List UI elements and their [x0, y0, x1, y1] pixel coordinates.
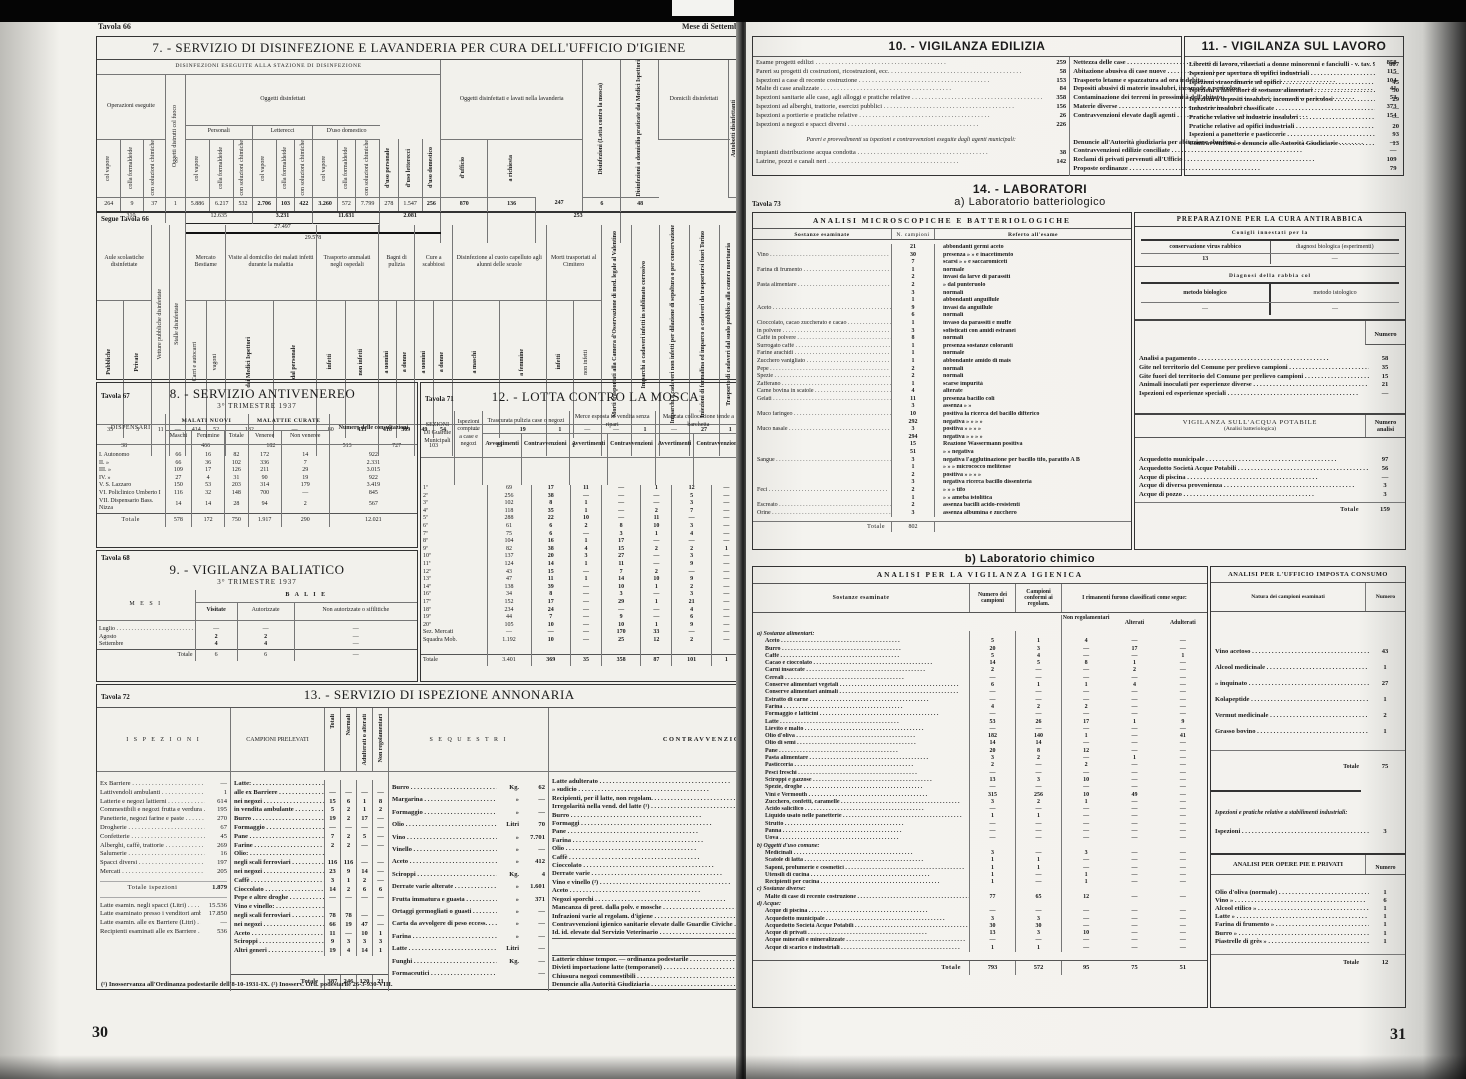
- t13-ispezioni-value: 67: [205, 824, 227, 833]
- t14-micro-row: 21abbondanti germi aceto: [753, 244, 1131, 252]
- t13-sequestri-row: LatteLitri—: [392, 943, 545, 955]
- t13-sequestri-value: —: [519, 968, 545, 980]
- t14-chim-row: Pasta alimentare32—1—: [753, 755, 1207, 762]
- t8-total: 750: [225, 513, 249, 527]
- t14-chim-value: 1: [1110, 660, 1158, 667]
- t14-chim-value: 3: [969, 916, 1015, 923]
- t8-grid: DISPENSARI MALATI NUOVI MALATTIE CURATE …: [97, 414, 417, 527]
- t13-campioni-label: Burro: [231, 815, 324, 824]
- t12-cell: 8: [531, 591, 570, 599]
- t8-cell: 14: [281, 452, 329, 460]
- t66b-sub: a donne: [439, 352, 447, 372]
- t14-chim-value: —: [1110, 879, 1158, 886]
- t14-micro-substance: [753, 449, 891, 457]
- t14-micro-count: 294: [891, 434, 935, 442]
- t7-disinf-mosca: Disinfezioni (Lotta contro la mosca): [598, 83, 606, 175]
- t8-head: Numero delle consultazioni: [329, 414, 417, 444]
- t11-label: Ispezioni a panetterie e pasticcerie: [1189, 131, 1375, 140]
- t8-cell: V. S. Lazzaro: [97, 482, 165, 490]
- t14-micro-result: Reazione Wassermann positiva: [935, 441, 1131, 449]
- t12-cell: —: [570, 629, 601, 637]
- t14-d2: metodo istologico: [1269, 284, 1399, 302]
- t14-chim-substance: Acque minerali e mineralizzate: [753, 937, 969, 944]
- t13-campioni-label: negli scali ferroviari: [231, 912, 324, 921]
- t8-cell: 2.331: [329, 460, 417, 468]
- t13-latte-row: Latte esamin. alle ex Barriere (Litri)—: [100, 919, 227, 928]
- t14-chim-substance: Olio di semi: [753, 740, 969, 747]
- t13-ispezioni-label: Salumerie: [100, 850, 205, 859]
- t12-cell: 3: [672, 500, 711, 508]
- t13-sequestri-value: —: [519, 807, 545, 819]
- t13-campioni-value: 1: [356, 806, 372, 815]
- t14-chim-substance: Cereali: [753, 675, 969, 682]
- t14-title: 14. - LABORATORI: [880, 182, 1180, 196]
- t14-micro-substance: Cioccolato, cacao zuccherato e cacao: [753, 320, 891, 328]
- t14-varie-label: Animali inoculati per esperienze diverse: [1139, 381, 1369, 390]
- t8-cell: 922: [329, 475, 417, 483]
- t14-chim-value: —: [1110, 733, 1158, 740]
- t14-chim-total-label: Totale: [753, 961, 969, 975]
- t9-total: 6: [237, 649, 294, 661]
- t12-cell: 10: [601, 584, 640, 592]
- t14-chim-value: —: [1110, 872, 1158, 879]
- t9-cell: 2: [237, 634, 294, 642]
- table-row: VI. Policlinico Umberto I11632148700—845: [97, 490, 417, 498]
- t12-cell: 2: [672, 584, 711, 592]
- t12-cell: 8: [601, 523, 640, 531]
- t8-cell: 29: [281, 467, 329, 475]
- t14-micro-col: Sostanze esaminate: [753, 229, 891, 239]
- t9-cell: 4: [237, 641, 294, 649]
- t13-campioni-row: Olio:: [231, 850, 388, 859]
- t10-left-row: Malte di case analizzate84: [756, 85, 1066, 94]
- t13-latte-value: 17.850: [201, 910, 227, 919]
- t14-operepie-value: 1: [1369, 913, 1401, 921]
- t12-cell: 1: [570, 500, 601, 508]
- t8-cell: 31: [225, 475, 249, 483]
- t12-cell: 8ª: [421, 538, 487, 546]
- t7-group-header: DISINFEZIONI ESEGUITE ALLA STAZIONE DI D…: [97, 60, 441, 74]
- t14-chim-value: 256: [1015, 792, 1061, 799]
- t14-chim-value: —: [1159, 646, 1207, 653]
- t14-chim-value: 14: [969, 660, 1015, 667]
- t12-cell: 1: [641, 485, 672, 493]
- t14-chim-substance: Strutto: [753, 821, 969, 828]
- t14-chim-substance: Malte di case di recente costruzione: [753, 894, 969, 901]
- t14-chim-value: —: [1110, 850, 1158, 857]
- t14-chim-value: 10: [1062, 792, 1110, 799]
- t14-micro-count: 292: [891, 419, 935, 427]
- t14-chim-substance: Conserve alimentari vegetali: [753, 682, 969, 689]
- t14-chim-substance: Liquido usato nelle panetterie: [753, 813, 969, 820]
- t14-chim-substance: Acido salicilico: [753, 806, 969, 813]
- t13-campioni-row: Altri generi194141: [231, 947, 388, 956]
- t66b-head: Mercato Bestiame: [186, 225, 226, 300]
- t14-chim-sub: Non regolamentari: [1062, 615, 1110, 631]
- t12-cell: —: [641, 607, 672, 615]
- t10-left-value: 58: [1042, 68, 1066, 77]
- t8-col: Femmine: [192, 430, 225, 444]
- t12-cell: 69: [487, 485, 531, 493]
- t14-chim-substance: Conserve alimentari animali: [753, 689, 969, 696]
- t12-cell: 2: [641, 569, 672, 577]
- t8-cell: 14: [192, 498, 225, 514]
- t11-row: Pratiche relative ad opifici industriali…: [1189, 123, 1399, 132]
- t8-total: 12.021: [329, 513, 417, 527]
- t14-chim-substance: c) Sostanze diverse:: [753, 886, 969, 893]
- t14-operepie-row: Olio d'oliva (normale)1: [1215, 889, 1401, 897]
- t13-campioni-value: [356, 850, 372, 859]
- t14-micro-row: Spezie2normali: [753, 373, 1131, 381]
- t8-tav: Tavola 67: [101, 392, 130, 400]
- t8-cell: III. »: [97, 467, 165, 475]
- t13-sequestri-label: Burro: [392, 782, 497, 794]
- t8-total: 1.917: [248, 513, 281, 527]
- t8-cell: 203: [225, 482, 249, 490]
- t14-micro-row: Farina di frumento1normale: [753, 267, 1131, 275]
- t14-varie-value: 15: [1369, 373, 1401, 382]
- t14-chim-value: —: [1159, 770, 1207, 777]
- t14-chim-value: —: [1159, 821, 1207, 828]
- t8-cell: 845: [329, 490, 417, 498]
- t8-cell: 109: [165, 467, 192, 475]
- t14-micro-count: 2: [891, 472, 935, 480]
- t14-consumo-isp-row: Ispezioni 3: [1211, 822, 1405, 843]
- t9-total: 6: [195, 649, 237, 661]
- table-row: 17ª15217—29121—: [421, 599, 741, 607]
- t14-chim-substance: Saponi, profumerie e cosmetici: [753, 865, 969, 872]
- t14-consumo-label: Vermut medicinale: [1215, 708, 1369, 724]
- t14-micro-count: 1: [891, 464, 935, 472]
- t11-title: 11. - VIGILANZA SUL LAVORO: [1185, 39, 1403, 53]
- t14-micro-row: Pepe2normali: [753, 366, 1131, 374]
- t8-head: DISPENSARI: [97, 414, 165, 444]
- t13-sequestri-unit: »: [497, 832, 519, 844]
- t9-cell: Settembre: [97, 641, 195, 649]
- t13-ispezioni-row: Mercati205: [100, 868, 227, 877]
- t7-col: con soluzioni chimiche: [300, 140, 308, 196]
- t14-chim-value: 8: [1015, 748, 1061, 755]
- t14-chim-value: 6: [969, 682, 1015, 689]
- t14-micro-result: alterate: [935, 388, 1131, 396]
- t14-operepie-value: 1: [1369, 905, 1401, 913]
- t7-oggetti-distrutti: Oggetti distrutti col fuoco: [172, 105, 180, 167]
- t13-campioni-label: Olio:: [231, 850, 324, 859]
- t13-sequestri-column: S E Q U E S T R I BurroKg.62Margarina»—F…: [389, 708, 549, 991]
- t14-chim-value: 17: [1110, 646, 1158, 653]
- t14-chim-value: 1: [1015, 865, 1061, 872]
- t12-cell: 138: [487, 584, 531, 592]
- t7-col: con soluzioni chimiche: [239, 140, 247, 196]
- t14-micro-result: normali: [935, 366, 1131, 374]
- t14-consumo-label: Kolapeptide: [1215, 692, 1369, 708]
- t14-chim-substance: Caffè: [753, 653, 969, 660]
- t14-chim-value: —: [1015, 689, 1061, 696]
- t12-cell: 5ª: [421, 515, 487, 523]
- t14-micro-count: 10: [891, 411, 935, 419]
- t12-cell: 2: [672, 637, 711, 645]
- t14-micro-result: assenza bacilli acido-resistenti: [935, 502, 1131, 510]
- t14-chim-value: —: [1062, 726, 1110, 733]
- t14-chim-value: —: [1159, 792, 1207, 799]
- t14-chim-value: —: [1159, 937, 1207, 944]
- t10-left-label: Ispezioni a case di recente costruzione: [756, 77, 1042, 86]
- t12-cell: —: [570, 607, 601, 615]
- t14-chim-value: —: [1015, 697, 1061, 704]
- t8-cell: 28: [225, 498, 249, 514]
- t14-chim-value: —: [1062, 821, 1110, 828]
- t14-chim-title: ANALISI PER LA VIGILANZA IGIENICA: [753, 570, 1207, 579]
- t13-campioni-value: [324, 780, 340, 789]
- t14-chim-value: —: [969, 770, 1015, 777]
- t12-tav: Tavola 71: [425, 395, 454, 403]
- t13-ispezioni-label: Latterie e negozi lattierni: [100, 798, 205, 807]
- t12-cell: —: [570, 531, 601, 539]
- t14-micro-substance: Vino: [753, 252, 891, 260]
- t14-micro-col: Referto all'esame: [935, 229, 1131, 239]
- t13-campioni-value: —: [356, 894, 372, 903]
- t12-cell: 234: [487, 607, 531, 615]
- t12-col: Contravvenzioni: [608, 433, 656, 457]
- t13-campioni-label: Formaggio: [231, 824, 324, 833]
- t13-ispezioni-list: Ex Barriere—Lattivendoli ambulanti1Latte…: [97, 772, 230, 937]
- t14-acqua-value: 3: [1369, 482, 1401, 491]
- t14-micro-substance: [753, 403, 891, 411]
- t10-left-value: 358: [1042, 94, 1066, 103]
- table-row: 12ª4315—72——: [421, 569, 741, 577]
- t14-consumo-row: Grasso bovino1: [1215, 724, 1401, 740]
- t14-micro-count: 1: [891, 358, 935, 366]
- t13-campioni-value: 1: [372, 930, 388, 939]
- t14-chim-substance: Lievito e malto: [753, 726, 969, 733]
- t13-campioni-value: —: [356, 824, 372, 833]
- t14-micro-count: 7: [891, 259, 935, 267]
- t13-sequestri-unit: »: [497, 931, 519, 943]
- t14-acqua-row: Acquedotto municipale97: [1139, 456, 1401, 465]
- t14-micro-row: Muco nasale3positiva » » » »: [753, 426, 1131, 434]
- t14-varie-head: Numero: [1365, 321, 1405, 345]
- t14-chim-value: —: [1159, 660, 1207, 667]
- t14-micro-row: Gelati11presenza bacillo coli: [753, 396, 1131, 404]
- t13-latte-value: 15.536: [201, 902, 227, 911]
- t14-chim-value: 20: [969, 748, 1015, 755]
- t13-sequestri-value: 371: [519, 894, 545, 906]
- t14-micro-row: Surrogato caffè1presenza sostanze colora…: [753, 343, 1131, 351]
- t14-operepie-value: 1: [1369, 930, 1401, 938]
- t12-cell: 12ª: [421, 569, 487, 577]
- t8-cell: 126: [225, 467, 249, 475]
- t14-chim-value: —: [1110, 916, 1158, 923]
- t10-left-label: Ispezioni sanitarie alle case, agli allo…: [756, 94, 1042, 103]
- t13-sequestri-unit: [497, 968, 519, 980]
- t12-head: Merce esposta in vendita senza ripari: [569, 411, 655, 433]
- t9-cell: Luglio: [97, 626, 195, 634]
- t8-cell: 14: [165, 498, 192, 514]
- table-10-vigilanza-edilizia: 10. - VIGILANZA EDILIZIA Esame progetti …: [752, 36, 1182, 176]
- t8-cell: 53: [192, 482, 225, 490]
- t14-micro-row: 6normali: [753, 312, 1131, 320]
- t14-chim-row: d) Acque:: [753, 901, 1207, 908]
- t14-micro-result: invasi da anguillule: [935, 305, 1131, 313]
- t14-chim-value: [1110, 843, 1158, 850]
- t13-sequestri-label: Funghi: [392, 956, 497, 968]
- t14-tav: Tavola 73: [752, 200, 781, 208]
- t14-micro-result: assenza » »: [935, 403, 1131, 411]
- t14-chim-value: —: [1159, 748, 1207, 755]
- t14-micro-substance: [753, 259, 891, 267]
- t13-campioni-value: [356, 903, 372, 912]
- t14-operepie-value: 1: [1369, 938, 1401, 946]
- t7-col: d'uso letterecci: [406, 149, 414, 187]
- t13-sequestri-row: Aceto»412: [392, 856, 545, 868]
- t14-micro-result: positiva » » » »: [935, 426, 1131, 434]
- t12-cell: 4: [672, 607, 711, 615]
- t12-cell: —: [570, 493, 601, 501]
- t7-oggetti-disinfettati: Oggetti disinfettati: [185, 74, 379, 125]
- t14-chim-value: —: [1110, 806, 1158, 813]
- t14-chim-value: —: [1110, 740, 1158, 747]
- t7-col: col vapore: [194, 156, 202, 181]
- t12-cell: 10: [601, 622, 640, 630]
- t8-cell: 102: [225, 460, 249, 468]
- t13-campioni-row: Sciroppi9333: [231, 938, 388, 947]
- t8-cell: 7: [281, 460, 329, 468]
- t14-micro-substance: Carne bovina in scatole: [753, 388, 891, 396]
- t12-cell: 105: [487, 622, 531, 630]
- t14-chim-value: —: [1062, 784, 1110, 791]
- t14-chim-substance: Vini e Vermouth: [753, 792, 969, 799]
- t13-sequestri-label: Aceto: [392, 856, 497, 868]
- t14-micro-result: presenza bacillo coli: [935, 396, 1131, 404]
- t14-chim-value: —: [969, 726, 1015, 733]
- t10-left2-row: Impianti distribuzione acqua condotta38: [756, 149, 1066, 158]
- t13-sequestri-row: Farina»—: [392, 931, 545, 943]
- t12-cell: 101: [672, 654, 711, 666]
- t12-cell: 47: [487, 576, 531, 584]
- t14-micro-count: 4: [891, 388, 935, 396]
- t10-left-label: Malte di case analizzate: [756, 85, 1042, 94]
- t12-cell: 2: [641, 546, 672, 554]
- t14-chim-value: —: [1062, 740, 1110, 747]
- t7-col: a richiesta: [508, 155, 516, 182]
- t14-micro-count: 1: [891, 267, 935, 275]
- t13-campioni-col: Non regolamentari: [378, 714, 384, 762]
- t7-col: d'ufficio: [460, 157, 468, 178]
- t12-cell: 4ª: [421, 508, 487, 516]
- t12-cell: 25: [601, 637, 640, 645]
- t14-chim-substance: Acque di scarico e industriali: [753, 945, 969, 952]
- t13-campioni-value: —: [372, 859, 388, 868]
- t14-operepie-title: ANALISI PER OPERE PIE E PRIVATI: [1211, 855, 1365, 874]
- t66b-head: Morti trasportati al Cimitero: [546, 225, 601, 300]
- t14-chim-value: —: [969, 828, 1015, 835]
- t14-chim-substance: Formaggio e latticini: [753, 711, 969, 718]
- t13-campioni-label: alle ex Barriere: [231, 789, 324, 798]
- t14-chim-value: —: [1159, 930, 1207, 937]
- t14-chim-substance: Acque di privati: [753, 930, 969, 937]
- t13-campioni-value: 4: [340, 947, 356, 956]
- t14-chim-row: Olio di semi1414———: [753, 740, 1207, 747]
- t10-left-label: Ispezioni ad alberghi, trattorie, eserci…: [756, 103, 1042, 112]
- t12-cell: 17: [531, 599, 570, 607]
- t12-cell: —: [601, 508, 640, 516]
- t13-sequestri-label: Formaggio: [392, 807, 497, 819]
- t14-micro-substance: Pepe: [753, 366, 891, 374]
- t12-cell: 1: [641, 531, 672, 539]
- t12-cell: 14ª: [421, 584, 487, 592]
- t8-cell: I. Autonomo: [97, 452, 165, 460]
- t8-total: 578: [165, 513, 192, 527]
- t14-micro-row: 292negativa » » » »: [753, 419, 1131, 427]
- t14-acqua-subtitle: (Analisi batteriologica): [1135, 426, 1365, 432]
- t14-dv2: —: [1269, 303, 1399, 315]
- t14-micro-count: 21: [891, 244, 935, 252]
- t13-campioni-row: alle ex Barriere————: [231, 789, 388, 798]
- t13-sequestri-label: Margarina: [392, 794, 497, 806]
- t13-ispezioni-label: Spacci diversi: [100, 859, 205, 868]
- t14-chim-row: Recipienti per cucina1—1——: [753, 879, 1207, 886]
- t14-chim-value: 2: [1015, 799, 1061, 806]
- t13-campioni-value: 5: [356, 833, 372, 842]
- t13-campioni-value: —: [372, 894, 388, 903]
- t14-chim-value: —: [1062, 916, 1110, 923]
- t14-micro-count: 2: [891, 487, 935, 495]
- t14-chim-value: —: [1110, 784, 1158, 791]
- t9-total-row: Totale66—: [97, 649, 417, 661]
- t13-campioni-value: 1: [340, 877, 356, 886]
- t12-cell: 11: [641, 515, 672, 523]
- t14-chim-value: 77: [969, 894, 1015, 901]
- t14-chim-value: 41: [1159, 733, 1207, 740]
- t8-cell: 3.419: [329, 482, 417, 490]
- t13-sequestri-row: Formaggio»—: [392, 807, 545, 819]
- t12-cell: 12: [672, 485, 711, 493]
- t13-campioni-value: 2: [340, 806, 356, 815]
- t14-chim-row: Uova—————: [753, 835, 1207, 842]
- t12-cell: 288: [487, 515, 531, 523]
- t8-cell: 150: [165, 482, 192, 490]
- t14-chim-value: 1: [1015, 813, 1061, 820]
- t12-cell: 4: [672, 531, 711, 539]
- t9-subtitle: 3° TRIMESTRE 1937: [97, 578, 417, 586]
- t10-left-row: Ispezioni a portierie e pratiche relativ…: [756, 112, 1066, 121]
- t14-micro-result: normali: [935, 290, 1131, 298]
- t14-chim-value: —: [1110, 828, 1158, 835]
- t12-cell: 21: [672, 599, 711, 607]
- t12-cell: 19ª: [421, 614, 487, 622]
- t13-sequestri-unit: »: [497, 906, 519, 918]
- t14-chim-value: —: [1159, 726, 1207, 733]
- t13-campioni-value: —: [372, 921, 388, 930]
- t14-chim-value: —: [1110, 711, 1158, 718]
- t14-consumo-col: Natura dei campioni esaminati: [1211, 583, 1365, 611]
- t7-cell: 6.217: [210, 197, 234, 211]
- t14-chim-value: —: [1062, 945, 1110, 952]
- t14-micro-count: 8: [891, 335, 935, 343]
- t8-col: Maschi: [165, 430, 192, 444]
- t14-chim-value: —: [969, 675, 1015, 682]
- t12-cell: 152: [487, 599, 531, 607]
- t14-micro-result: negativa l'agglutinazione per bacillo ti…: [935, 457, 1131, 465]
- t14-chim-substance: Aceto: [753, 638, 969, 645]
- t12-grid: SEZIONI DI Guardie Municipali Ispezioni …: [421, 411, 741, 485]
- t8-total: Totale: [97, 513, 165, 527]
- t13-campioni-value: —: [372, 877, 388, 886]
- t14-consumo-row: Vino acetoso43: [1215, 644, 1401, 660]
- t11-label: Pratiche relative ad industrie insalubri: [1189, 114, 1375, 123]
- t8-cell: 148: [225, 490, 249, 498]
- t13-sequestri-unit: Litri: [497, 819, 519, 831]
